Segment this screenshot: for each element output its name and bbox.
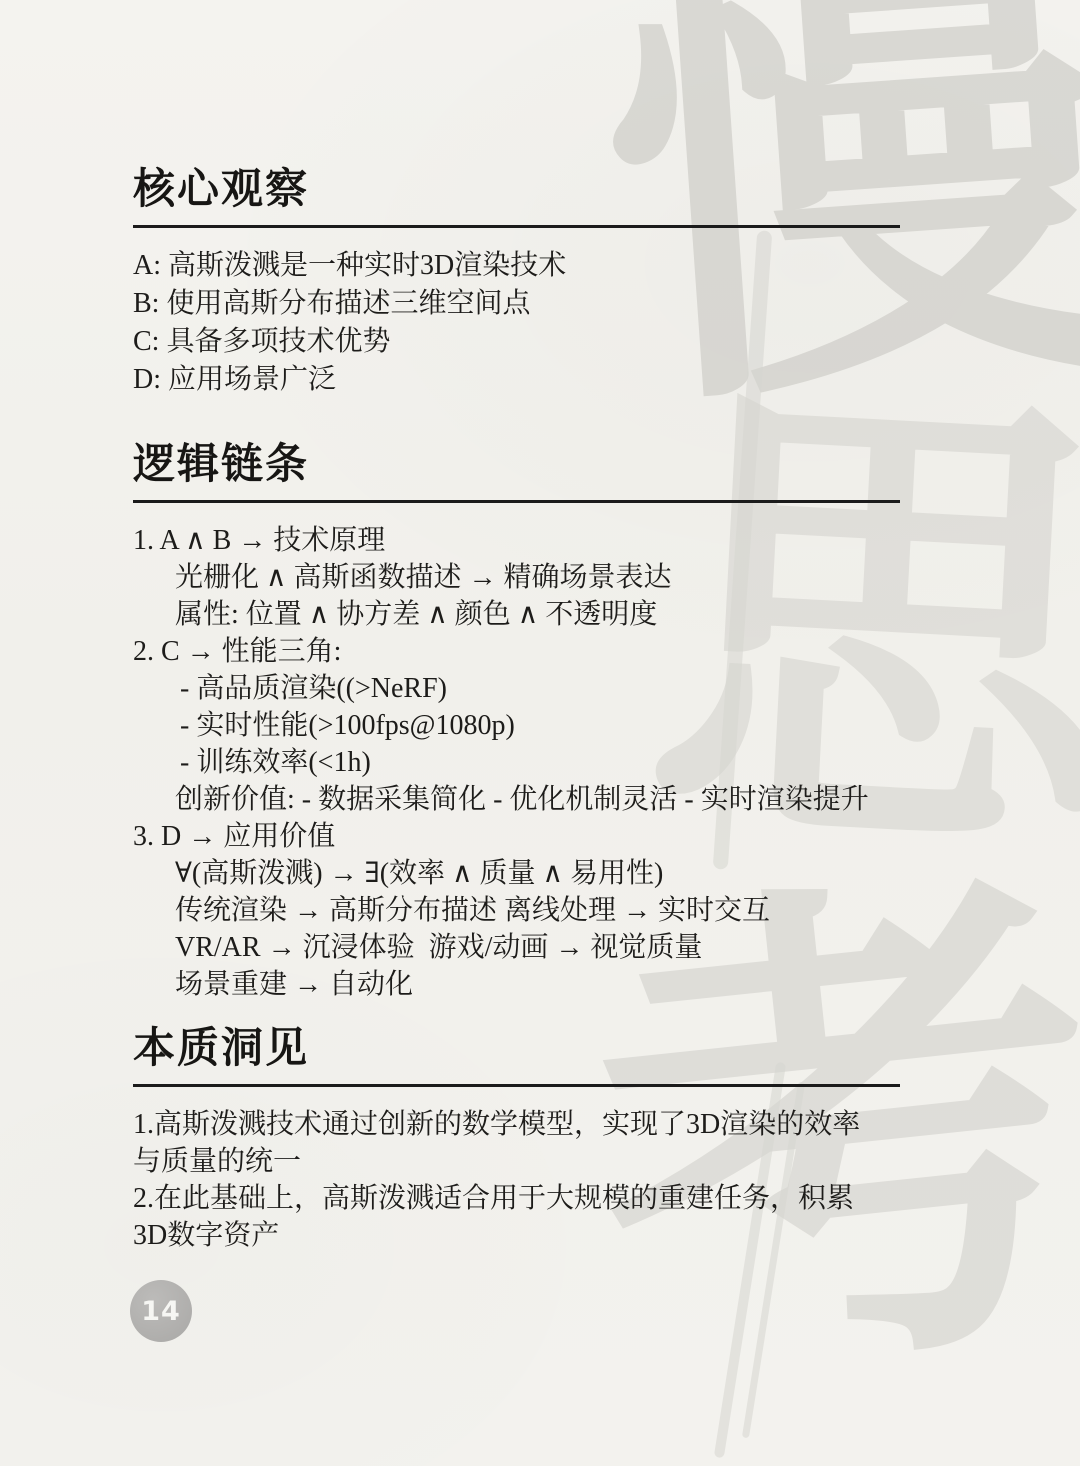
insight-line: 与质量的统一 — [133, 1143, 993, 1180]
logic-line: 光栅化 ∧ 高斯函数描述 → 精确场景表达 — [133, 559, 993, 596]
logic-line: 属性: 位置 ∧ 协方差 ∧ 颜色 ∧ 不透明度 — [133, 596, 993, 633]
insight-line: 3D数字资产 — [133, 1217, 993, 1254]
section-divider — [133, 225, 900, 228]
section-logic-chain: 逻辑链条 1. A ∧ B → 技术原理 光栅化 ∧ 高斯函数描述 → 精确场景… — [133, 441, 993, 1003]
insight-list: 1.高斯泼溅技术通过创新的数学模型，实现了3D渲染的效率 与质量的统一 2.在此… — [133, 1106, 993, 1254]
logic-line: - 高品质渲染((>NeRF) — [133, 670, 993, 707]
observation-line-c: C: 具备多项技术优势 — [133, 323, 993, 361]
observation-list: A: 高斯泼溅是一种实时3D渲染技术 B: 使用高斯分布描述三维空间点 C: 具… — [133, 247, 993, 399]
logic-line: - 实时性能(>100fps@1080p) — [133, 707, 993, 744]
insight-line: 1.高斯泼溅技术通过创新的数学模型，实现了3D渲染的效率 — [133, 1106, 993, 1143]
note-page: 慢 思 考 核心观察 A: 高斯泼溅是一种实时3D渲染技术 B: 使用高斯分布描… — [0, 0, 1080, 1466]
logic-line: - 训练效率(<1h) — [133, 744, 993, 781]
section-divider — [133, 500, 900, 503]
observation-line-d: D: 应用场景广泛 — [133, 361, 993, 399]
observation-line-a: A: 高斯泼溅是一种实时3D渲染技术 — [133, 247, 993, 285]
logic-line: 2. C → 性能三角: — [133, 633, 993, 670]
logic-line: ∀(高斯泼溅) → ∃(效率 ∧ 质量 ∧ 易用性) — [133, 855, 993, 892]
observation-line-b: B: 使用高斯分布描述三维空间点 — [133, 285, 993, 323]
logic-line: 场景重建 → 自动化 — [133, 966, 993, 1003]
insight-line: 2.在此基础上，高斯泼溅适合用于大规模的重建任务，积累 — [133, 1180, 993, 1217]
section-title-essential-insight: 本质洞见 — [133, 1025, 993, 1073]
logic-line: 创新价值: - 数据采集简化 - 优化机制灵活 - 实时渲染提升 — [133, 781, 993, 818]
note-content: 核心观察 A: 高斯泼溅是一种实时3D渲染技术 B: 使用高斯分布描述三维空间点… — [133, 0, 993, 1254]
section-core-observations: 核心观察 A: 高斯泼溅是一种实时3D渲染技术 B: 使用高斯分布描述三维空间点… — [133, 166, 993, 399]
page-number: 14 — [141, 1296, 181, 1327]
section-title-logic-chain: 逻辑链条 — [133, 441, 993, 489]
section-essential-insight: 本质洞见 1.高斯泼溅技术通过创新的数学模型，实现了3D渲染的效率 与质量的统一… — [133, 1025, 993, 1254]
logic-line: 传统渲染 → 高斯分布描述 离线处理 → 实时交互 — [133, 892, 993, 929]
section-divider — [133, 1084, 900, 1087]
logic-line: 3. D → 应用价值 — [133, 818, 993, 855]
logic-line: VR/AR → 沉浸体验 游戏/动画 → 视觉质量 — [133, 929, 993, 966]
section-title-core-observations: 核心观察 — [133, 166, 993, 214]
logic-chain-list: 1. A ∧ B → 技术原理 光栅化 ∧ 高斯函数描述 → 精确场景表达 属性… — [133, 522, 993, 1003]
logic-line: 1. A ∧ B → 技术原理 — [133, 522, 993, 559]
page-number-badge: 14 — [130, 1280, 192, 1342]
